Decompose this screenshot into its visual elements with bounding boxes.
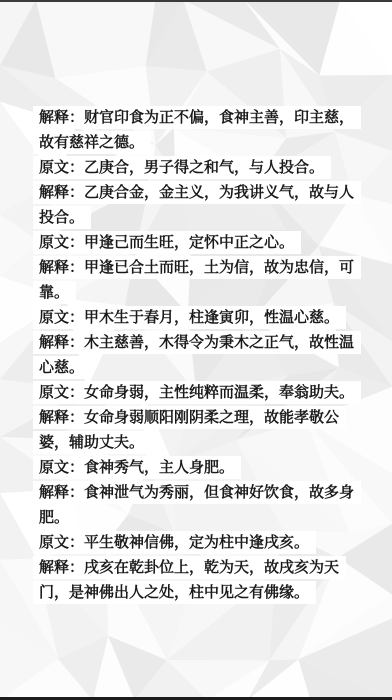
explanation-line: 解释：甲逢已合土而旺，土为信，故为忠信，可 [33, 256, 385, 281]
original-line: 原文：平生敬神信佛，定为柱中逢戌亥。 [33, 531, 385, 556]
text-strip: 投合。 [33, 206, 91, 229]
page-background: 解释：财官印食为正不偏，食神主善，印主慈， 故有慈祥之德。 原文：乙庚合，男子得… [0, 0, 392, 700]
explanation-line: 投合。 [33, 206, 385, 231]
explanation-line: 解释：食神泄气为秀丽，但食神好饮食，故多身 [33, 481, 385, 506]
text-strip: 原文：甲木生于春月，柱逢寅卯，性温心慈。 [33, 306, 346, 329]
explanation-line: 靠。 [33, 281, 385, 306]
text-strip: 解释：食神泄气为秀丽，但食神好饮食，故多身 [33, 481, 361, 504]
original-line: 原文：甲逢己而生旺，定怀中正之心。 [33, 231, 385, 256]
original-line: 原文：甲木生于春月，柱逢寅卯，性温心慈。 [33, 306, 385, 331]
text-strip: 原文：平生敬神信佛，定为柱中逢戌亥。 [33, 531, 316, 554]
explanation-line: 故有慈祥之德。 [33, 131, 385, 156]
text-strip: 心慈。 [33, 356, 91, 379]
text-strip: 解释：乙庚合金，金主义，为我讲义气，故与人 [33, 181, 361, 204]
explanation-line: 肥。 [33, 506, 385, 531]
explanation-line: 解释：财官印食为正不偏，食神主善，印主慈， [33, 106, 385, 131]
text-strip: 原文：食神秀气，主人身肥。 [33, 456, 241, 479]
explanation-line: 解释：戌亥在乾卦位上，乾为天，故戌亥为天 [33, 556, 385, 581]
text-strip: 原文：乙庚合，男子得之和气，与人投合。 [33, 156, 331, 179]
text-strip: 解释：甲逢已合土而旺，土为信，故为忠信，可 [33, 256, 361, 279]
text-strip: 原文：甲逢己而生旺，定怀中正之心。 [33, 231, 301, 254]
reading-text-block: 解释：财官印食为正不偏，食神主善，印主慈， 故有慈祥之德。 原文：乙庚合，男子得… [33, 106, 385, 606]
original-line: 原文：乙庚合，男子得之和气，与人投合。 [33, 156, 385, 181]
top-border [0, 0, 392, 2]
text-strip: 解释：女命身弱顺阳刚阴柔之理，故能孝敬公 [33, 406, 346, 429]
text-strip: 故有慈祥之德。 [33, 131, 151, 154]
text-strip: 靠。 [33, 281, 76, 304]
text-strip: 肥。 [33, 506, 76, 529]
text-strip: 解释：财官印食为正不偏，食神主善，印主慈， [33, 106, 361, 129]
explanation-line: 解释：乙庚合金，金主义，为我讲义气，故与人 [33, 181, 385, 206]
explanation-line: 心慈。 [33, 356, 385, 381]
original-line: 原文：食神秀气，主人身肥。 [33, 456, 385, 481]
explanation-line: 解释：木主慈善，木得令为秉木之正气，故性温 [33, 331, 385, 356]
explanation-line: 解释：女命身弱顺阳刚阴柔之理，故能孝敬公 [33, 406, 385, 431]
explanation-line: 婆，辅助丈夫。 [33, 431, 385, 456]
text-strip: 解释：戌亥在乾卦位上，乾为天，故戌亥为天 [33, 556, 346, 579]
text-strip: 原文：女命身弱，主性纯粹而温柔，奉翁助夫。 [33, 381, 361, 404]
text-strip: 解释：木主慈善，木得令为秉木之正气，故性温 [33, 331, 361, 354]
text-strip: 门，是神佛出人之处，柱中见之有佛缘。 [33, 581, 316, 604]
explanation-line: 门，是神佛出人之处，柱中见之有佛缘。 [33, 581, 385, 606]
original-line: 原文：女命身弱，主性纯粹而温柔，奉翁助夫。 [33, 381, 385, 406]
text-strip: 婆，辅助丈夫。 [33, 431, 151, 454]
